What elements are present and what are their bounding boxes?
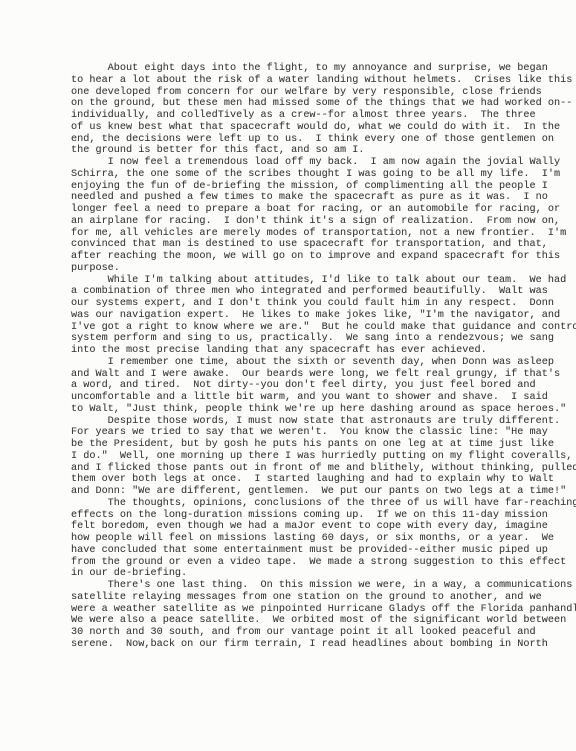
text-line: uncomfortable and a little bit warm, and… bbox=[71, 392, 571, 404]
text-line: into the most precise landing that any s… bbox=[71, 345, 571, 357]
text-line: have concluded that some entertainment m… bbox=[71, 545, 571, 557]
text-line: a word, and tired. Not dirty--you don't … bbox=[71, 380, 571, 392]
text-line: individually, and colledTively as a crew… bbox=[71, 110, 571, 122]
text-line: the ground is better for this fact, and … bbox=[71, 145, 571, 157]
text-line: I do." Well, one morning up there I was … bbox=[71, 451, 571, 463]
text-line: and Walt and I were awake. Our beards we… bbox=[71, 369, 571, 381]
text-line: end, the decisions were left up to us. I… bbox=[71, 134, 571, 146]
text-line: About eight days into the flight, to my … bbox=[71, 63, 571, 75]
typewritten-page: About eight days into the flight, to my … bbox=[0, 0, 576, 751]
text-line: satellite relaying messages from one sta… bbox=[71, 592, 571, 604]
paragraph: The thoughts, opinions, conclusions of t… bbox=[71, 498, 571, 580]
text-line: I remember one time, about the sixth or … bbox=[71, 357, 571, 369]
text-line: one developed from concern for our welfa… bbox=[71, 87, 571, 99]
text-line: There's one last thing. On this mission … bbox=[71, 580, 571, 592]
text-line: a combination of three men who integrate… bbox=[71, 286, 571, 298]
text-line: Despite those words, I must now state th… bbox=[71, 416, 571, 428]
text-line: We were also a peace satellite. We orbit… bbox=[71, 615, 571, 627]
text-line: after reaching the moon, we will go on t… bbox=[71, 251, 571, 263]
manuscript-body: About eight days into the flight, to my … bbox=[71, 63, 571, 651]
text-line: were a weather satellite as we pinpointe… bbox=[71, 604, 571, 616]
text-line: For years we tried to say that we weren'… bbox=[71, 427, 571, 439]
text-line: I've got a right to know where we are." … bbox=[71, 322, 571, 334]
text-line: to hear a lot about the risk of a water … bbox=[71, 75, 571, 87]
text-line: how people will feel on missions lasting… bbox=[71, 533, 571, 545]
text-line: for me, all vehicles are merely modes of… bbox=[71, 228, 571, 240]
paragraph: While I'm talking about attitudes, I'd l… bbox=[71, 275, 571, 357]
text-line: The thoughts, opinions, conclusions of t… bbox=[71, 498, 571, 510]
text-line: purpose. bbox=[71, 263, 571, 275]
text-line: of us knew best what that spacecraft wou… bbox=[71, 122, 571, 134]
paragraph: There's one last thing. On this mission … bbox=[71, 580, 571, 651]
text-line: Schirra, the one some of the scribes tho… bbox=[71, 169, 571, 181]
text-line: effects on the long-duration missions co… bbox=[71, 510, 571, 522]
text-line: them over both legs at once. I started l… bbox=[71, 474, 571, 486]
text-line: an airplane for racing. I don't think it… bbox=[71, 216, 571, 228]
text-line: needled and pushed a few times to make t… bbox=[71, 192, 571, 204]
paragraph: I now feel a tremendous load off my back… bbox=[71, 157, 571, 275]
text-line: serene. Now,back on our firm terrain, I … bbox=[71, 639, 571, 651]
text-line: and Donn: "We are different, gentlemen. … bbox=[71, 486, 571, 498]
text-line: enjoying the fun of de-briefing the miss… bbox=[71, 181, 571, 193]
paragraph: About eight days into the flight, to my … bbox=[71, 63, 571, 157]
text-line: our systems expert, and I don't think yo… bbox=[71, 298, 571, 310]
text-line: to Walt, "Just think, people think we're… bbox=[71, 404, 571, 416]
paragraph: Despite those words, I must now state th… bbox=[71, 416, 571, 498]
text-line: on the ground, but these men had missed … bbox=[71, 98, 571, 110]
text-line: felt boredom, even though we had a maJor… bbox=[71, 521, 571, 533]
text-line: longer feel a need to prepare a boat for… bbox=[71, 204, 571, 216]
text-line: I now feel a tremendous load off my back… bbox=[71, 157, 571, 169]
text-line: 30 north and 30 south, and from our vant… bbox=[71, 627, 571, 639]
text-line: convinced that man is destined to use sp… bbox=[71, 239, 571, 251]
text-line: was our navigation expert. He likes to m… bbox=[71, 310, 571, 322]
text-line: be the President, but by gosh he puts hi… bbox=[71, 439, 571, 451]
paragraph: I remember one time, about the sixth or … bbox=[71, 357, 571, 416]
text-line: system perform and sing to us, practical… bbox=[71, 333, 571, 345]
text-line: from the ground or even a video tape. We… bbox=[71, 557, 571, 569]
text-line: in our de-briefing. bbox=[71, 568, 571, 580]
text-line: and I flicked those pants out in front o… bbox=[71, 463, 571, 475]
text-line: While I'm talking about attitudes, I'd l… bbox=[71, 275, 571, 287]
